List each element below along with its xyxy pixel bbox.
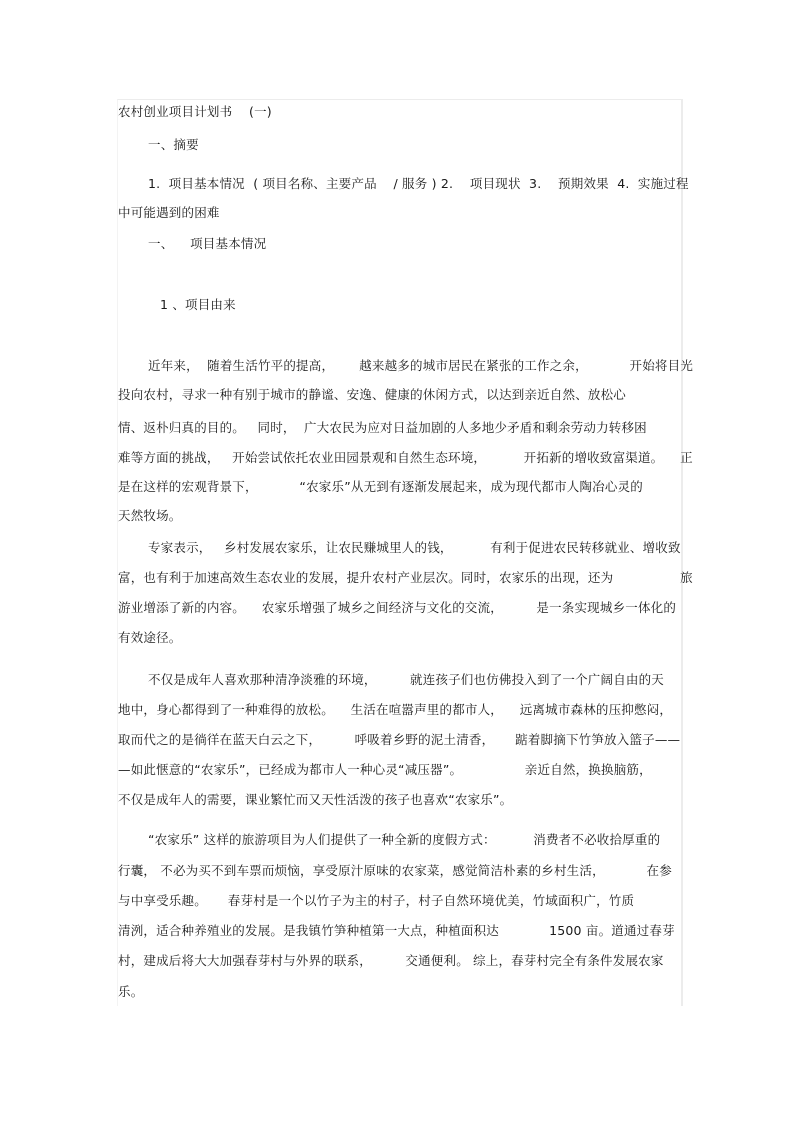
- paragraph-line: 有效途径。: [118, 630, 182, 646]
- paragraph-line: 是在这样的宏观背景下， “农家乐”从无到有逐渐发展起来，成为现代都市人陶冶心灵的: [118, 479, 643, 495]
- paragraph-line: 天然牧场。: [118, 508, 182, 524]
- paragraph-line: 游业增添了新的内容。 农家乐增强了城乡之间经济与文化的交流， 是一条实现城乡一体…: [118, 600, 676, 616]
- paragraph-line: 行囊， 不必为买不到车票而烦恼，享受原汁原味的农家菜，感觉简洁朴素的乡村生活， …: [118, 863, 672, 879]
- summary-text: 1. 项目基本情况 ( 项目名称、主要产品 / 服务 ) 2. 项目现状 3. …: [148, 176, 689, 192]
- paragraph-line: 不仅是成年人的需要，课业繁忙而又天性活泼的孩子也喜欢“农家乐”。: [118, 792, 512, 808]
- paragraph-line: 村，建成后将大大加强春芽村与外界的联系， 交通便利。 综上，春芽村完全有条件发展…: [118, 953, 664, 969]
- paragraph-line: 投向农村，寻求一种有别于城市的静谧、安逸、健康的休闲方式，以达到亲近自然、放松心: [118, 387, 626, 403]
- paragraph-line: 难等方面的挑战， 开始尝试依托农业田园景观和自然生态环境， 开拓新的增收致富渠道…: [118, 450, 693, 466]
- section-heading-basic-info: 一、 项目基本情况: [148, 236, 266, 252]
- paragraph-line: “农家乐” 这样的旅游项目为人们提供了一种全新的度假方式： 消费者不必收拾厚重的: [148, 832, 660, 848]
- paragraph-line: 不仅是成年人喜欢那种清净淡雅的环境， 就连孩子们也仿佛投入到了一个广阔自由的天: [148, 672, 664, 688]
- paragraph-line: 取而代之的是徜徉在蓝天白云之下， 呼吸着乡野的泥土清香， 踮着脚摘下竹笋放入篮子…: [118, 732, 680, 748]
- summary-text: 中可能遇到的困难: [118, 205, 220, 221]
- subsection-heading-origin: 1 、项目由来: [160, 297, 236, 313]
- section-heading-summary: 一、摘要: [148, 137, 199, 153]
- paragraph-line: 与中享受乐趣。 春芽村是一个以竹子为主的村子，村子自然环境优美，竹域面积广，竹质: [118, 893, 634, 909]
- paragraph-line: 地中，身心都得到了一种难得的放松。 生活在喧嚣声里的都市人， 远离城市森林的压抑…: [118, 702, 672, 718]
- document-title: 农村创业项目计划书 (一): [118, 104, 272, 120]
- paragraph-line: 富，也有利于加速高效生态农业的发展，提升农村产业层次。同时，农家乐的出现，还为 …: [118, 570, 693, 586]
- paragraph-line: —如此惬意的“农家乐”，已经成为都市人一种心灵“减压器”。 亲近自然，换换脑筋，: [118, 762, 652, 778]
- paragraph-line: 近年来， 随着生活竹平的提高， 越来越多的城市居民在紧张的工作之余， 开始将目光: [148, 358, 693, 374]
- paragraph-line: 清洌，适合种养殖业的发展。是我镇竹笋种植第一大点，种植面积达 1500 亩。道通…: [118, 923, 675, 939]
- paragraph-line: 乐。: [118, 984, 143, 1000]
- paragraph-line: 情、返朴归真的目的。 同时， 广大农民为应对日益加剧的人多地少矛盾和剩余劳动力转…: [118, 420, 647, 436]
- paragraph-line: 专家表示， 乡村发展农家乐，让农民赚城里人的钱， 有利于促进农民转移就业、增收致: [148, 540, 681, 556]
